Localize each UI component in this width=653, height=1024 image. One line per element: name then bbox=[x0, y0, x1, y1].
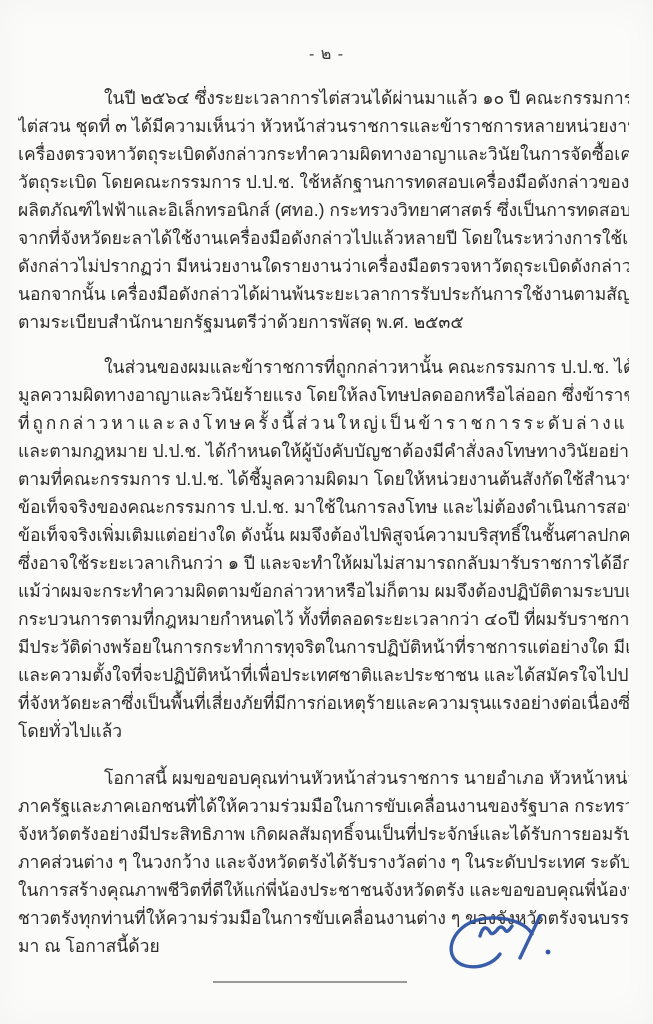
paragraph-1: ในปี ๒๕๖๔ ซึ่งระยะเวลาการไต่สวนได้ผ่านมา… bbox=[18, 84, 629, 336]
text-line: ภาคส่วนต่าง ๆ ในวงกว้าง และจังหวัดตรังได… bbox=[18, 848, 629, 876]
text-line: ผลิตภัณฑ์ไฟฟ้าและอิเล็กทรอนิกส์ (ศทอ.) ก… bbox=[18, 196, 629, 224]
ink-dot bbox=[546, 950, 551, 955]
paragraph-2: ในส่วนของผมและข้าราชการที่ถูกกล่าวหานั้น… bbox=[18, 353, 629, 745]
signature-divider-line bbox=[213, 981, 407, 983]
text-line: ในปี ๒๕๖๔ ซึ่งระยะเวลาการไต่สวนได้ผ่านมา… bbox=[18, 84, 629, 112]
text-line: ที่ถูกกล่าวหาและลงโทษครั้งนี้ส่วนใหญ่เป็… bbox=[18, 409, 629, 437]
text-line: และความตั้งใจที่จะปฏิบัติหน้าที่เพื่อประ… bbox=[18, 661, 629, 689]
text-line: จากที่จังหวัดยะลาได้ใช้งานเครื่องมือดังก… bbox=[18, 224, 629, 252]
text-line: แม้ว่าผมจะกระทำความผิดตามข้อกล่าวหาหรือไ… bbox=[18, 577, 629, 605]
text-line: และตามกฎหมาย ป.ป.ช. ได้กำหนดให้ผู้บังคับ… bbox=[18, 437, 629, 465]
text-line: กระบวนการตามที่กฎหมายกำหนดไว้ ทั้งที่ตลอ… bbox=[18, 605, 629, 633]
text-line: ตามระเบียบสำนักนายกรัฐมนตรีว่าด้วยการพัส… bbox=[18, 308, 629, 336]
text-line: จังหวัดตรังอย่างมีประสิทธิภาพ เกิดผลสัมฤ… bbox=[18, 820, 629, 848]
text-line: ข้อเท็จจริงเพิ่มเติมแต่อย่างใด ดังนั้น ผ… bbox=[18, 521, 629, 549]
text-line: ภาครัฐและภาคเอกชนที่ได้ให้ความร่วมมือในก… bbox=[18, 792, 629, 820]
text-line: ดังกล่าวไม่ปรากฏว่า มีหน่วยงานใดรายงานว่… bbox=[18, 252, 629, 280]
text-line: ที่จังหวัดยะลาซึ่งเป็นพื้นที่เสี่ยงภัยที… bbox=[18, 689, 629, 717]
document-page: - ๒ - ในปี ๒๕๖๔ ซึ่งระยะเวลาการไต่สวนได้… bbox=[0, 0, 653, 1024]
text-line: ในส่วนของผมและข้าราชการที่ถูกกล่าวหานั้น… bbox=[18, 353, 629, 381]
text-line: มูลความผิดทางอาญาและวินัยร้ายแรง โดยให้ล… bbox=[18, 381, 629, 409]
text-line: ตามที่คณะกรรมการ ป.ป.ช. ได้ชี้มูลความผิด… bbox=[18, 465, 629, 493]
text-line: โอกาสนี้ ผมขอขอบคุณท่านหัวหน้าส่วนราชการ… bbox=[18, 764, 629, 792]
text-line: เครื่องตรวจหาวัตถุระเบิดดังกล่าวกระทำควา… bbox=[18, 140, 629, 168]
text-line: ไต่สวน ชุดที่ ๓ ได้มีความเห็นว่า หัวหน้า… bbox=[18, 112, 629, 140]
page-number: - ๒ - bbox=[0, 0, 653, 64]
text-line: ในการสร้างคุณภาพชีวิตที่ดีให้แก่พี่น้องป… bbox=[18, 876, 629, 904]
signature-mark bbox=[436, 906, 554, 972]
text-line: มีประวัติด่างพร้อยในการกระทำการทุจริตในก… bbox=[18, 633, 629, 661]
text-line: วัตถุระเบิด โดยคณะกรรมการ ป.ป.ช. ใช้หลัก… bbox=[18, 168, 629, 196]
text-line: ข้อเท็จจริงของคณะกรรมการ ป.ป.ช. มาใช้ในก… bbox=[18, 493, 629, 521]
document-body: ในปี ๒๕๖๔ ซึ่งระยะเวลาการไต่สวนได้ผ่านมา… bbox=[18, 84, 629, 960]
text-line: โดยทั่วไปแล้ว bbox=[18, 717, 629, 745]
text-line: นอกจากนั้น เครื่องมือดังกล่าวได้ผ่านพ้นร… bbox=[18, 280, 629, 308]
text-line: ซึ่งอาจใช้ระยะเวลาเกินกว่า ๑ ปี และจะทำใ… bbox=[18, 549, 629, 577]
